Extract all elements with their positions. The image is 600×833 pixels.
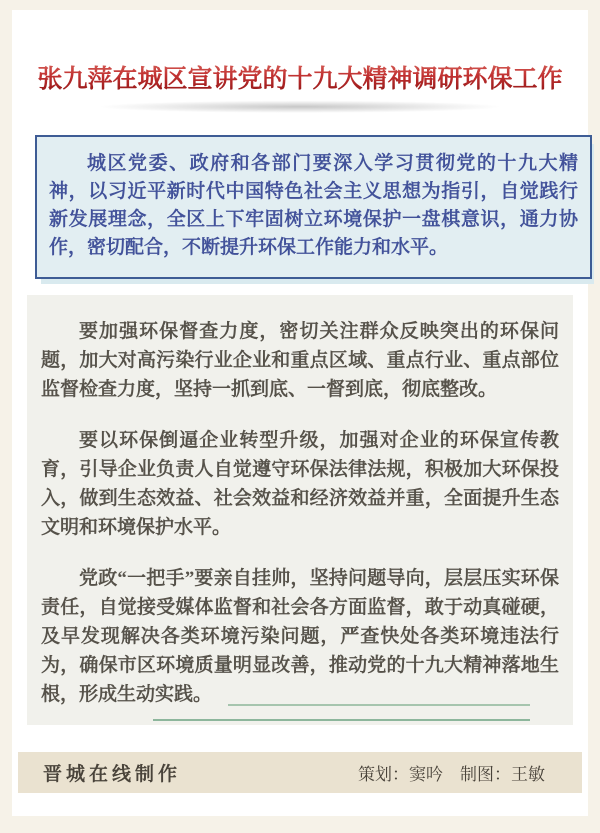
article-body-panel: 要加强环保督查力度，密切关注群众反映突出的环保问题，加大对高污染行业企业和重点区… [27,295,573,725]
signature-underline-bottom [153,719,530,721]
footer-bar: 晋城在线制作 策划：窦吟 制图：王敏 [18,752,582,793]
footer-credits: 策划：窦吟 制图：王敏 [358,760,545,785]
title-divider-shadow [32,100,568,115]
body-paragraph-1: 要加强环保督查力度，密切关注群众反映突出的环保问题，加大对高污染行业企业和重点区… [41,317,559,404]
news-card: 张九萍在城区宣讲党的十九大精神调研环保工作 城区党委、政府和各部门要深入学习贯彻… [12,10,588,816]
body-paragraph-2: 要以环保倒逼企业转型升级，加强对企业的环保宣传教育，引导企业负责人自觉遵守环保法… [41,426,559,542]
quote-box: 城区党委、政府和各部门要深入学习贯彻党的十九大精神，以习近平新时代中国特色社会主… [35,135,592,279]
body-paragraph-3: 党政“一把手”要亲自挂帅，坚持问题导向，层层压实环保责任，自觉接受媒体监督和社会… [41,564,559,709]
signature-underline-top [228,704,530,706]
quote-text: 城区党委、政府和各部门要深入学习贯彻党的十九大精神，以习近平新时代中国特色社会主… [49,150,578,262]
page-title: 张九萍在城区宣讲党的十九大精神调研环保工作 [12,59,588,95]
footer-brand: 晋城在线制作 [43,759,181,786]
